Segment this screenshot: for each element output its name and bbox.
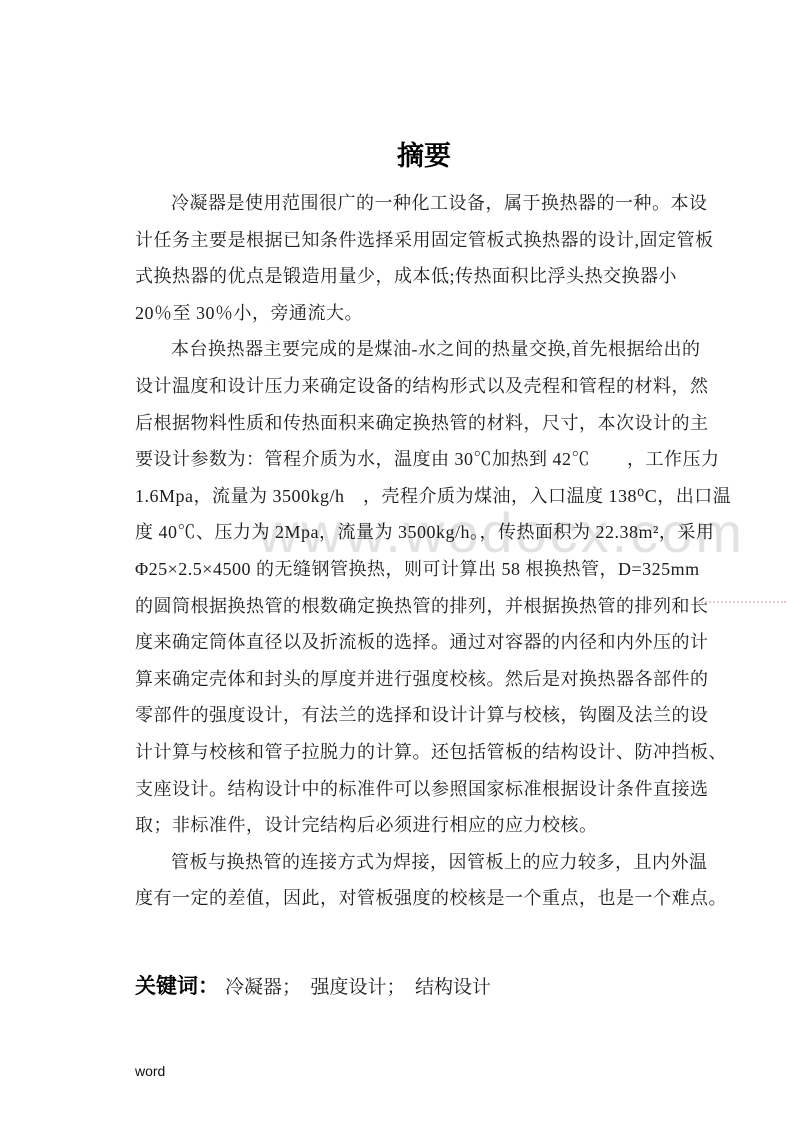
text-line: 度 40℃、压力为 2Mpa，流量为 3500kg/h。，传热面积为 22.38…	[135, 514, 713, 551]
text-line: 计计算与校核和管子拉脱力的计算。还包括管板的结构设计、防冲挡板、	[135, 734, 713, 771]
text-line: 支座设计。结构设计中的标准件可以参照国家标准根据设计条件直接选	[135, 771, 713, 808]
keywords-text: 冷凝器； 强度设计； 结构设计	[225, 977, 491, 998]
text-line: 计任务主要是根据已知条件选择采用固定管板式换热器的设计,固定管板	[135, 222, 713, 259]
footer-word-label: word	[135, 1063, 165, 1079]
keywords-row: 关键词：冷凝器； 强度设计； 结构设计	[135, 970, 491, 1000]
text-line: 本台换热器主要完成的是煤油-水之间的热量交换,首先根据给出的	[135, 331, 713, 368]
abstract-section: 摘要 冷凝器是使用范围很广的一种化工设备，属于换热器的一种。本设计任务主要是根据…	[135, 140, 713, 917]
text-line: 取；非标准件，设计完结构后必须进行相应的应力校核。	[135, 807, 713, 844]
text-line: 冷凝器是使用范围很广的一种化工设备，属于换热器的一种。本设	[135, 185, 713, 222]
text-line: 后根据物料性质和传热面积来确定换热管的材料，尺寸，本次设计的主	[135, 405, 713, 442]
dotted-underline-mark	[698, 601, 786, 603]
text-line: 设计温度和设计压力来确定设备的结构形式以及壳程和管程的材料，然	[135, 368, 713, 405]
keywords-label: 关键词：	[135, 975, 219, 998]
text-line: 零部件的强度设计，有法兰的选择和设计计算与校核，钩圈及法兰的设	[135, 697, 713, 734]
abstract-body: 冷凝器是使用范围很广的一种化工设备，属于换热器的一种。本设计任务主要是根据已知条…	[135, 185, 713, 917]
text-line: 的圆筒根据换热管的根数确定换热管的排列，并根据换热管的排列和长	[135, 588, 713, 625]
text-line: 1.6Mpa，流量为 3500kg/h ，壳程介质为煤油，入口温度 138⁰C，…	[135, 478, 713, 515]
text-line: 管板与换热管的连接方式为焊接，因管板上的应力较多，且内外温	[135, 844, 713, 881]
page-title: 摘要	[135, 140, 713, 172]
text-line: 式换热器的优点是锻造用量少，成本低;传热面积比浮头热交换器小	[135, 258, 713, 295]
text-line: 算来确定壳体和封头的厚度并进行强度校核。然后是对换热器各部件的	[135, 661, 713, 698]
document-page: www.wodocx.com 摘要 冷凝器是使用范围很广的一种化工设备，属于换热…	[0, 0, 800, 1132]
text-line: 度有一定的差值，因此，对管板强度的校核是一个重点，也是一个难点。	[135, 880, 713, 917]
text-line: 要设计参数为：管程介质为水，温度由 30℃加热到 42℃ ，工作压力	[135, 441, 713, 478]
text-line: 20％至 30％小，旁通流大。	[135, 295, 713, 332]
text-line: 度来确定筒体直径以及折流板的选择。通过对容器的内径和内外压的计	[135, 624, 713, 661]
text-line: Φ25×2.5×4500 的无缝钢管换热，则可计算出 58 根换热管，D=325…	[135, 551, 713, 588]
